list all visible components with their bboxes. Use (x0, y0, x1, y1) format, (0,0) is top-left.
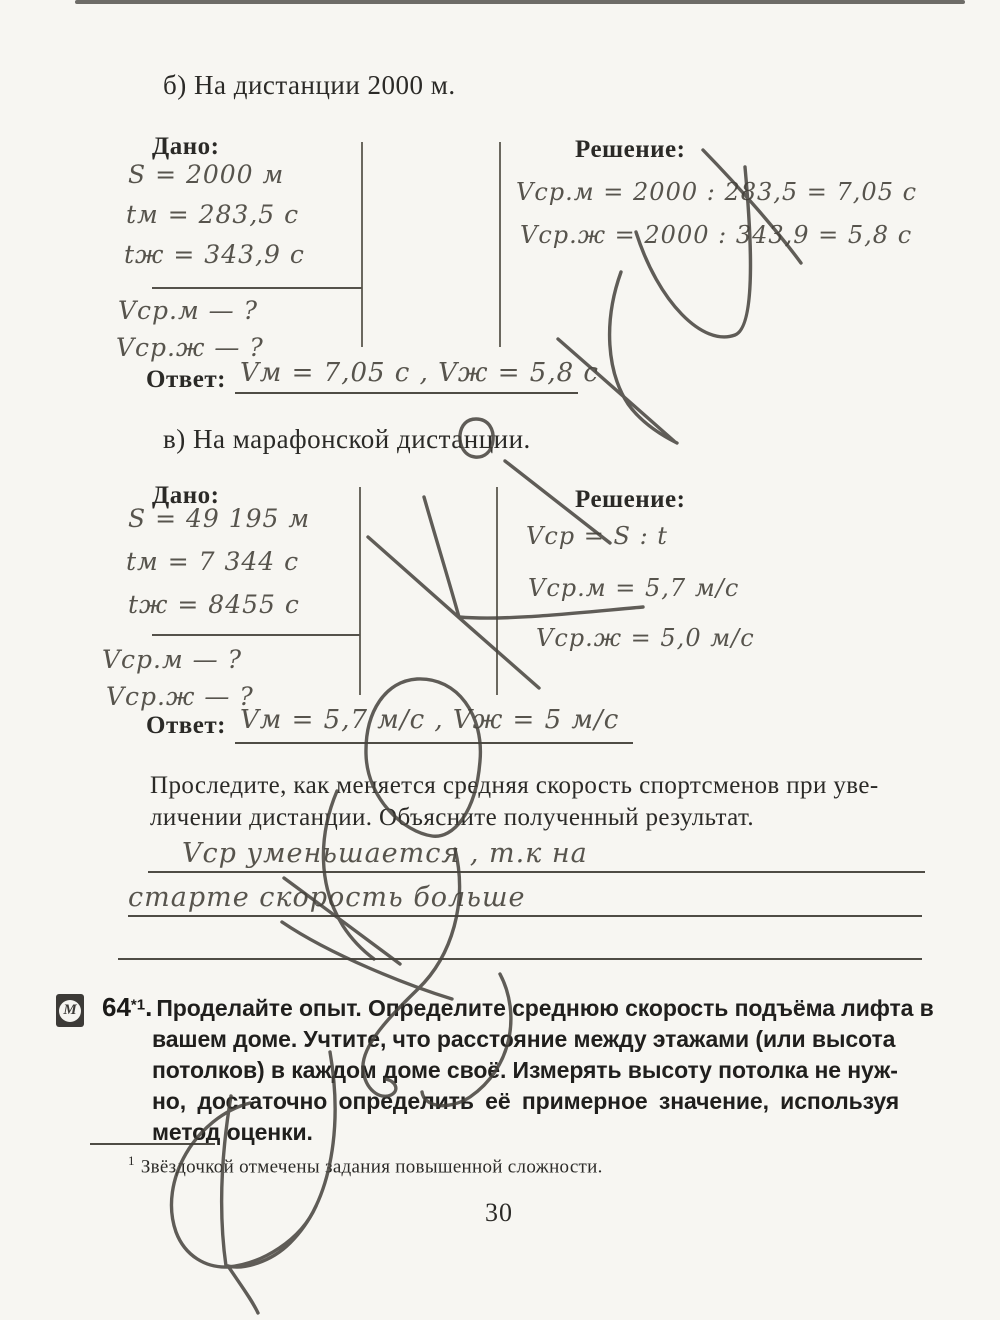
solution-label-b: Решение: (575, 136, 685, 164)
solution-line: Vср.ж = 2000 : 343,9 = 5,8 с (520, 221, 912, 249)
written-answer-line: старте скорость больше (128, 882, 526, 913)
footnote: 1Звёздочкой отмечены задания повышенной … (128, 1153, 603, 1178)
given-value: tм = 283,5 с (126, 200, 299, 229)
pen-stroke (459, 607, 643, 618)
find-value: Vср.м — ? (102, 645, 242, 674)
task-number: 64 (102, 992, 131, 1022)
answer-label-v: Ответ: (146, 712, 226, 740)
table-divider (496, 487, 498, 695)
pen-stroke (424, 497, 459, 617)
workbook-page: б) На дистанции 2000 м. Дано: Решение: S… (0, 0, 1000, 1320)
task64-text-line: вашем доме. Учтите, что расстояние между… (152, 1026, 895, 1053)
given-value: S = 49 195 м (128, 504, 310, 533)
pen-stroke (282, 922, 452, 999)
answer-label-b: Ответ: (146, 366, 226, 394)
answer-underline (235, 742, 633, 744)
scan-edge-artifact (75, 0, 965, 4)
pen-stroke (558, 339, 674, 441)
given-value: S = 2000 м (128, 160, 284, 189)
solution-line: Vср = S : t (526, 522, 668, 550)
task64-text-line: но, достаточно определить её примерное з… (152, 1088, 899, 1115)
question-line: Проследите, как меняется средняя скорост… (150, 772, 879, 800)
answer-underline (235, 392, 578, 394)
ruled-line (128, 915, 922, 917)
given-value: tж = 343,9 с (124, 240, 305, 269)
task64-text: Определите среднюю скорость подъёма лифт… (362, 995, 934, 1021)
solution-label-v: Решение: (575, 486, 685, 514)
question-line: личении дистанции. Объясните полученный … (150, 804, 754, 832)
section-v-heading: в) На марафонской дистанции. (163, 424, 531, 455)
footnote-text: Звёздочкой отмечены задания повышенной с… (141, 1156, 603, 1177)
pen-stroke (228, 1266, 258, 1313)
footnote-rule (90, 1143, 215, 1145)
given-separator (152, 634, 360, 636)
pen-stroke (610, 272, 677, 443)
task64-line1: 64*1. Проделайте опыт. Определите средню… (102, 992, 934, 1023)
task64-text-line: потолков) в каждом доме своё. Измерять в… (152, 1057, 898, 1084)
task64-lead-italic: Проделайте опыт. (156, 995, 361, 1021)
m-icon: М (59, 1000, 81, 1022)
footnote-marker: 1 (128, 1153, 135, 1168)
methodology-badge: М (56, 994, 84, 1027)
table-divider (499, 142, 501, 347)
written-answer-line: Vср уменьшается , т.к на (182, 838, 588, 869)
page-number: 30 (485, 1198, 513, 1228)
solution-line: Vср.м = 5,7 м/с (528, 574, 739, 602)
table-divider (361, 142, 363, 347)
solution-line: Vср.м = 2000 : 283,5 = 7,05 с (516, 178, 917, 206)
find-value: Vср.ж — ? (106, 682, 254, 711)
solution-line: Vср.ж = 5,0 м/с (536, 624, 755, 652)
find-value: Vср.м — ? (118, 296, 258, 325)
task-star: *1 (131, 997, 145, 1014)
given-label-b: Дано: (152, 133, 219, 161)
table-divider (359, 487, 361, 695)
task-dot: . (145, 992, 152, 1022)
section-b-heading: б) На дистанции 2000 м. (163, 70, 456, 101)
given-separator (152, 287, 362, 289)
pen-stroke (368, 537, 539, 688)
given-value: tж = 8455 с (128, 590, 300, 619)
ruled-line (118, 958, 922, 960)
task64-text-line: метод оценки. (152, 1119, 313, 1146)
answer-value-b: Vм = 7,05 с , Vж = 5,8 с (240, 358, 599, 388)
given-value: tм = 7 344 с (126, 547, 299, 576)
ruled-line (148, 871, 925, 873)
answer-value-v: Vм = 5,7 м/с , Vж = 5 м/с (240, 705, 619, 735)
